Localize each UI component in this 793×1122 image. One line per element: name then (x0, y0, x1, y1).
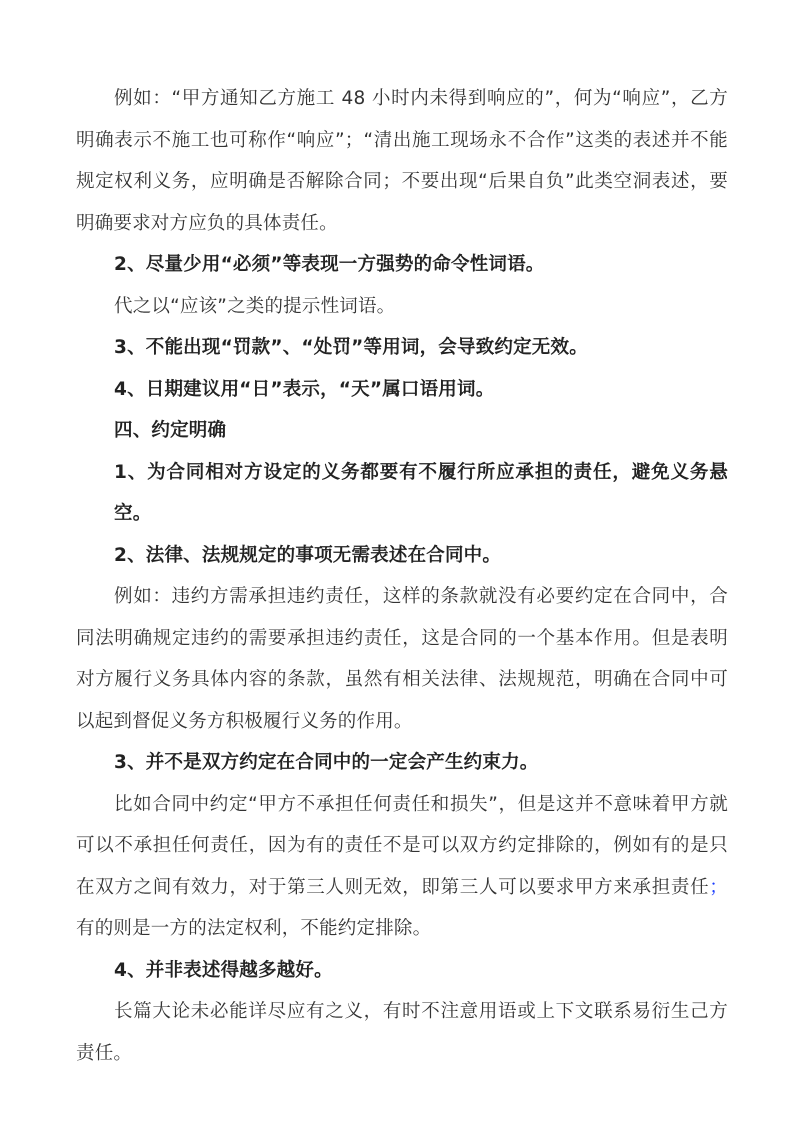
section-title-clear-agreement: 四、约定明确 (76, 410, 728, 452)
example-paragraph-liability-exclusion: 比如合同中约定“甲方不承担任何责任和损失”，但是这并不意味着甲方就可以不承担任何… (76, 784, 728, 950)
paragraph-text-before: 比如合同中约定“甲方不承担任何责任和损失”，但是这并不意味着甲方就可以不承担任何… (76, 794, 728, 898)
highlighted-semicolon: ； (709, 877, 728, 898)
paragraph-text-after: 有的则是一方的法定权利，不能约定排除。 (76, 918, 431, 939)
heading-avoid-must: 2、尽量少用“必须”等表现一方强势的命令性词语。 (76, 244, 728, 286)
heading-obligation-liability: 1、为合同相对方设定的义务都要有不履行所应承担的责任，避免义务悬空。 (76, 452, 728, 535)
heading-binding-force: 3、并不是双方约定在合同中的一定会产生约束力。 (76, 742, 728, 784)
note-use-should: 代之以“应该”之类的提示性词语。 (76, 286, 728, 328)
paragraph-lengthy-text: 长篇大论未必能详尽应有之义，有时不注意用语或上下文联系易衍生己方责任。 (76, 991, 728, 1074)
heading-date-format: 4、日期建议用“日”表示，“天”属口语用词。 (76, 369, 728, 411)
document-page: 例如：“甲方通知乙方施工 48 小时内未得到响应的”，何为“响应”，乙方明确表示… (76, 78, 728, 1074)
example-paragraph-breach: 例如：违约方需承担违约责任，这样的条款就没有必要约定在合同中，合同法明确规定违约… (76, 576, 728, 742)
heading-statutory-matters: 2、法律、法规规定的事项无需表述在合同中。 (76, 535, 728, 577)
example-paragraph-response: 例如：“甲方通知乙方施工 48 小时内未得到响应的”，何为“响应”，乙方明确表示… (76, 78, 728, 244)
heading-not-more-is-better: 4、并非表述得越多越好。 (76, 950, 728, 992)
heading-no-fines: 3、不能出现“罚款”、“处罚”等用词，会导致约定无效。 (76, 327, 728, 369)
